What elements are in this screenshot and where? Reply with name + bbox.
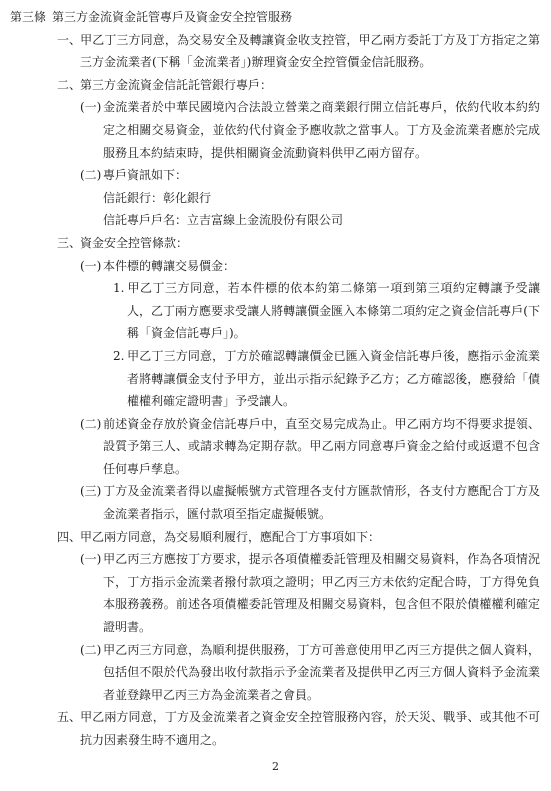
clause-row: 信託專戶戶名：立吉富線上金流股份有限公司	[10, 209, 540, 232]
clause-row: (三)丁方及金流業者得以虛擬帳號方式管理各支付方匯款情形，各支付方應配合丁方及金…	[10, 480, 540, 525]
clause-text: 信託專戶戶名：立吉富線上金流股份有限公司	[103, 213, 343, 227]
clause-marker: 五、	[57, 706, 80, 729]
document-page: 第三條第三方金流資金託管專戶及資金安全控管服務 一、甲乙丁三方同意，為交易安全及…	[0, 0, 551, 791]
clause-row: 三、資金安全控管條款：	[10, 232, 540, 255]
clause-row: (一)金流業者於中華民國境內合法設立營業之商業銀行開立信託專戶，依約代收本約約定…	[10, 96, 540, 164]
clause-text: 專戶資訊如下：	[103, 168, 187, 182]
clause-text: 甲乙丁三方同意，若本件標的依本約第二條第一項到第三項約定轉讓予受讓人，乙丁兩方應…	[127, 281, 540, 340]
clause-row: (二)前述資金存放於資金信託專戶中，直至交易完成為止。甲乙兩方均不得要求提領、設…	[10, 413, 540, 481]
clause-text: 前述資金存放於資金信託專戶中，直至交易完成為止。甲乙兩方均不得要求提領、設質予第…	[103, 417, 540, 476]
clause-row: 五、甲乙兩方同意，丁方及金流業者之資金安全控管服務內容，於天災、戰爭、或其他不可…	[10, 706, 540, 751]
clause-row: (一)甲乙丙三方應按丁方要求，提示各項債權委託管理及相關交易資料，作為各項情況下…	[10, 548, 540, 638]
clause-row: (二)專戶資訊如下：	[10, 164, 540, 187]
clause-marker: (二)	[80, 413, 103, 436]
clause-row: 1.甲乙丁三方同意，若本件標的依本約第二條第一項到第三項約定轉讓予受讓人，乙丁兩…	[10, 277, 540, 345]
clause-text: 甲乙丙三方應按丁方要求，提示各項債權委託管理及相關交易資料，作為各項情況下，丁方…	[103, 552, 540, 634]
clause-text: 丁方及金流業者得以虛擬帳號方式管理各支付方匯款情形，各支付方應配合丁方及金流業者…	[103, 484, 540, 521]
clause-text: 甲乙兩方同意，丁方及金流業者之資金安全控管服務內容，於天災、戰爭、或其他不可抗力…	[80, 710, 540, 747]
clause-marker: (一)	[80, 548, 103, 571]
clause-text: 金流業者於中華民國境內合法設立營業之商業銀行開立信託專戶，依約代收本約約定之相關…	[103, 100, 540, 159]
article-number: 第三條	[10, 10, 46, 24]
clause-text: 甲乙兩方同意，為交易順利履行，應配合丁方事項如下：	[80, 530, 380, 544]
clause-marker: 二、	[57, 74, 80, 97]
page-number: 2	[272, 760, 279, 773]
clause-marker: 三、	[57, 232, 80, 255]
article-heading: 第三條第三方金流資金託管專戶及資金安全控管服務	[10, 6, 540, 29]
clause-marker: 一、	[57, 29, 80, 52]
clause-marker: (三)	[80, 480, 103, 503]
clause-row: 信託銀行：彰化銀行	[10, 187, 540, 210]
clause-row: 2.甲乙丁三方同意，丁方於確認轉讓價金已匯入資金信託專戶後，應指示金流業者將轉讓…	[10, 345, 540, 413]
clause-row: 四、甲乙兩方同意，為交易順利履行，應配合丁方事項如下：	[10, 526, 540, 549]
clause-row: (二)甲乙丙三方同意，為順利提供服務，丁方可善意使用甲乙丙三方提供之個人資料，包…	[10, 639, 540, 707]
clause-row: 一、甲乙丁三方同意，為交易安全及轉讓資金收支控管，甲乙兩方委託丁方及丁方指定之第…	[10, 29, 540, 74]
clause-text: 資金安全控管條款：	[80, 236, 188, 250]
clause-marker: 四、	[57, 526, 80, 549]
clause-marker: (一)	[80, 96, 103, 119]
clause-marker: 1.	[113, 277, 127, 300]
clause-marker: (二)	[80, 639, 103, 662]
clause-marker: (二)	[80, 164, 103, 187]
clause-text: 本件標的轉讓交易價金：	[103, 259, 235, 273]
clause-marker: (一)	[80, 255, 103, 278]
clause-row: (一)本件標的轉讓交易價金：	[10, 255, 540, 278]
clause-text: 甲乙丙三方同意，為順利提供服務，丁方可善意使用甲乙丙三方提供之個人資料，包括但不…	[103, 643, 540, 702]
clause-text: 甲乙丁三方同意，為交易安全及轉讓資金收支控管，甲乙兩方委託丁方及丁方指定之第三方…	[80, 33, 540, 70]
clause-marker: 2.	[113, 345, 127, 368]
page-footer: 2	[0, 760, 551, 774]
clause-text: 信託銀行：彰化銀行	[103, 191, 211, 205]
clause-text: 甲乙丁三方同意，丁方於確認轉讓價金已匯入資金信託專戶後，應指示金流業者將轉讓價金…	[127, 349, 540, 408]
clause-text: 第三方金流資金信託託管銀行專戶：	[80, 78, 272, 92]
article-title: 第三方金流資金託管專戶及資金安全控管服務	[52, 10, 292, 24]
clause-list: 一、甲乙丁三方同意，為交易安全及轉讓資金收支控管，甲乙兩方委託丁方及丁方指定之第…	[10, 29, 540, 752]
clause-row: 二、第三方金流資金信託託管銀行專戶：	[10, 74, 540, 97]
